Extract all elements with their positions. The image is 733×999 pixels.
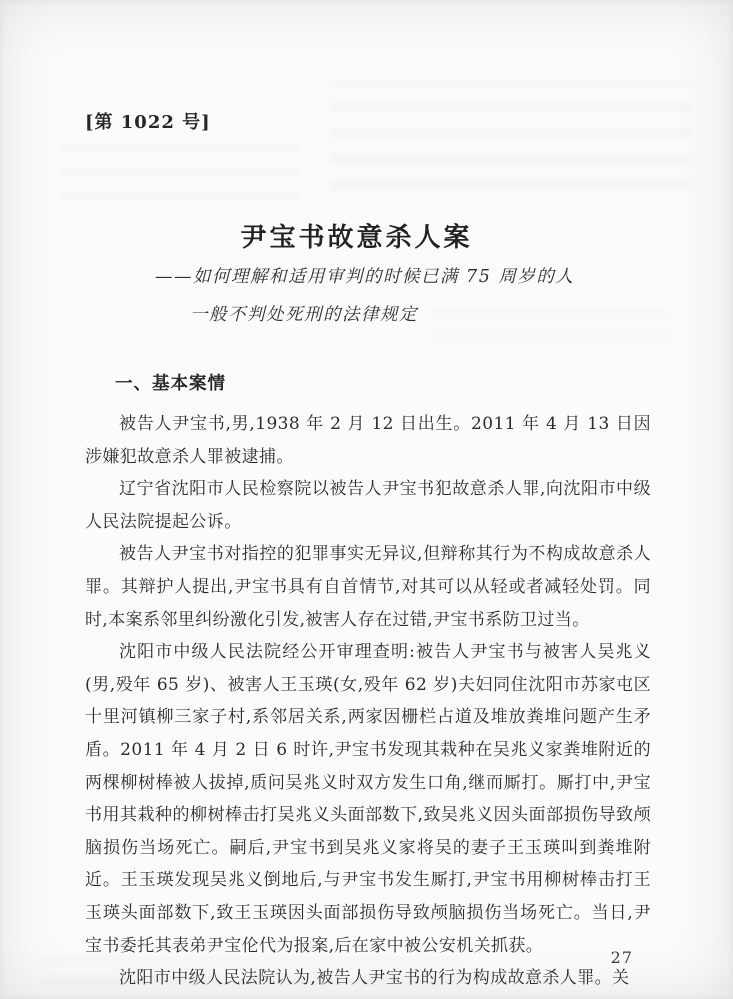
scanned-book-page: [第 1022 号] 尹宝书故意杀人案 ——如何理解和适用审判的时候已满 75 … [0, 0, 733, 999]
case-subtitle-line1: ——如何理解和适用审判的时候已满 75 周岁的人 [155, 258, 574, 296]
section-heading-basic-facts: 一、基本案情 [115, 370, 226, 395]
paragraph-court-findings: 沈阳市中级人民法院经公开审理查明:被告人尹宝书与被害人吴兆义(男,殁年 65 岁… [85, 636, 651, 962]
page-number: 27 [611, 948, 633, 967]
paragraph-defendant-info: 被告人尹宝书,男,1938 年 2 月 12 日出生。2011 年 4 月 13… [85, 408, 651, 473]
body-text: 被告人尹宝书,男,1938 年 2 月 12 日出生。2011 年 4 月 13… [85, 408, 651, 995]
case-number-label: [第 1022 号] [85, 108, 211, 134]
paragraph-defense: 被告人尹宝书对指控的犯罪事实无异议,但辩称其行为不构成故意杀人罪。其辩护人提出,… [85, 538, 651, 636]
bleedthrough-artifact [60, 140, 300, 200]
bleedthrough-artifact [330, 80, 690, 190]
paragraph-court-opinion: 沈阳市中级人民法院认为,被告人尹宝书的行为构成故意杀人罪。关 [85, 962, 651, 995]
case-title: 尹宝书故意杀人案 [0, 217, 713, 254]
paragraph-prosecution: 辽宁省沈阳市人民检察院以被告人尹宝书犯故意杀人罪,向沈阳市中级人民法院提起公诉。 [85, 473, 651, 538]
case-subtitle-line2: 一般不判处死刑的法律规定 [155, 296, 574, 334]
case-subtitle: ——如何理解和适用审判的时候已满 75 周岁的人 一般不判处死刑的法律规定 [155, 258, 574, 334]
